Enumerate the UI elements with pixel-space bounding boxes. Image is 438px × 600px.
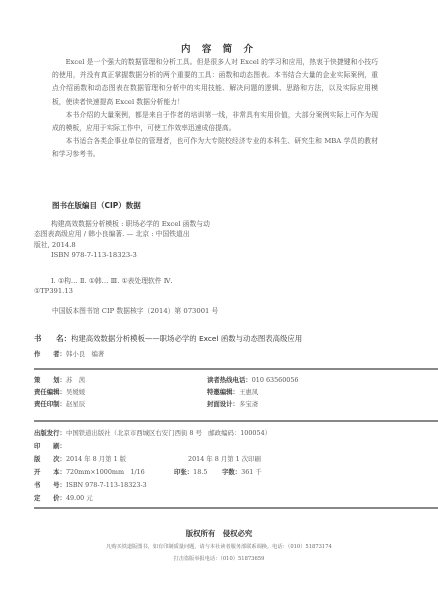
divider — [34, 507, 438, 509]
edition-value: 2014 年 8 月第 1 版 — [66, 455, 126, 463]
cip-line: 版社, 2014.8 — [34, 240, 210, 250]
price-value: 49.00 元 — [66, 494, 93, 502]
author-name: 韩小良 编著 — [66, 350, 104, 358]
printer-label: 印 刷： — [34, 442, 66, 450]
classification-line: ①TP391.13 — [34, 286, 173, 296]
words-label: 字数： — [222, 468, 241, 476]
classification-line: Ⅰ. ①构… Ⅱ. ①韩… Ⅲ. ①表处理软件 Ⅳ. — [34, 276, 173, 286]
hotline-row: 读者热线电话：010 63560056 — [207, 375, 299, 384]
copyright-notice: 凡购买铁道版图书，如有印制质量问题，请与本社读者服务部联系调换。电话：（010）… — [0, 543, 438, 550]
format-label: 开 本： — [34, 468, 66, 476]
cip-record: 构建高效数据分析模板 : 职场必学的 Excel 函数与动 态图表高级应用 / … — [34, 219, 210, 261]
cip-heading: 图书在版编目（CIP）数据 — [52, 200, 141, 211]
cover-design-row: 封面设计：多宝斋 — [207, 399, 258, 408]
intro-paragraph: Excel 是一个强大的数据管理和分析工具。但是很多人对 Excel 的学习和应… — [52, 56, 378, 109]
editor-row: 责任编辑：吴媛媛 — [34, 387, 85, 396]
copyright-title: 版权所有 侵权必究 — [0, 528, 438, 539]
isbn-row: 书 号：ISBN 978-7-113-18323-3 — [34, 480, 147, 489]
cover-design-value: 多宝斋 — [239, 400, 258, 408]
format-row: 开 本：720mm×1000mm 1/16 — [34, 467, 145, 476]
sheets-label: 印张： — [174, 468, 193, 476]
edition-label: 版 次： — [34, 455, 66, 463]
price-row: 定 价：49.00 元 — [34, 493, 93, 502]
print-manager-label: 责任印制： — [34, 400, 66, 408]
author-label: 作 者： — [34, 350, 66, 358]
publisher-row: 出版发行：中国铁道出版社（北京市西城区右安门西街 8 号 邮政编码：100054… — [34, 428, 271, 437]
cover-design-label: 封面设计： — [207, 400, 239, 408]
book-name-label: 书 名： — [34, 334, 71, 343]
piracy-hotline: 打击盗版举报电话：（010）51873659 — [0, 555, 438, 562]
editor-label: 责任编辑： — [34, 388, 66, 396]
intro-paragraph: 本书适合各类企事业单位的管理者，也可作为大专院校经济专业的本科生、研究生和 MB… — [52, 135, 378, 161]
book-name: 构建高效数据分析模板——职场必学的 Excel 函数与动态图表高级应用 — [71, 334, 302, 343]
planner-label: 策 划： — [34, 376, 66, 384]
divider — [34, 420, 438, 422]
intro-title: 内 容 简 介 — [0, 41, 438, 55]
publisher-label: 出版发行： — [34, 429, 66, 437]
isbn-value: ISBN 978-7-113-18323-3 — [66, 481, 147, 489]
publisher-value: 中国铁道出版社（北京市西城区右安门西街 8 号 邮政编码：100054） — [66, 429, 271, 437]
cip-isbn: ISBN 978-7-113-18323-3 — [34, 250, 210, 260]
guest-editor-row: 特邀编辑：王惠凤 — [207, 387, 258, 396]
printing-value: 2014 年 8 月第 1 次印刷 — [188, 454, 261, 463]
author-row: 作 者：韩小良 编著 — [34, 349, 104, 358]
print-manager-row: 责任印制：赵星辰 — [34, 399, 85, 408]
planner-row: 策 划：苏 茜 — [34, 375, 85, 384]
format-value: 720mm×1000mm 1/16 — [66, 468, 145, 476]
guest-editor-label: 特邀编辑： — [207, 388, 239, 396]
cip-record-number: 中国版本图书馆 CIP 数据核字（2014）第 073001 号 — [52, 305, 218, 315]
isbn-label: 书 号： — [34, 481, 66, 489]
hotline-label: 读者热线电话： — [207, 376, 252, 384]
sheets-row: 印张：18.5 — [174, 467, 207, 476]
edition-row: 版 次：2014 年 8 月第 1 版 — [34, 454, 126, 463]
print-manager-value: 赵星辰 — [66, 400, 85, 408]
hotline-value: 010 63560056 — [252, 376, 299, 384]
book-name-row: 书 名：构建高效数据分析模板——职场必学的 Excel 函数与动态图表高级应用 — [34, 333, 302, 344]
cip-line: 构建高效数据分析模板 : 职场必学的 Excel 函数与动 — [34, 219, 210, 229]
price-label: 定 价： — [34, 494, 66, 502]
divider — [34, 368, 438, 370]
cip-line: 态图表高级应用 / 韩小良编著. — 北京 : 中国铁道出 — [34, 229, 210, 239]
intro-paragraph: 本书介绍的大量案例，都是来自于作者的培训第一线，非常具有实用价值，大部分案例实际… — [52, 109, 378, 135]
intro-body: Excel 是一个强大的数据管理和分析工具。但是很多人对 Excel 的学习和应… — [52, 56, 378, 162]
printer-row: 印 刷： — [34, 441, 66, 450]
cip-classification: Ⅰ. ①构… Ⅱ. ①韩… Ⅲ. ①表处理软件 Ⅳ. ①TP391.13 — [34, 276, 173, 297]
words-value: 361 千 — [241, 468, 262, 476]
guest-editor-value: 王惠凤 — [239, 388, 258, 396]
editor-value: 吴媛媛 — [66, 388, 85, 396]
sheets-value: 18.5 — [193, 468, 207, 476]
planner-value: 苏 茜 — [66, 376, 85, 384]
words-row: 字数：361 千 — [222, 467, 262, 476]
